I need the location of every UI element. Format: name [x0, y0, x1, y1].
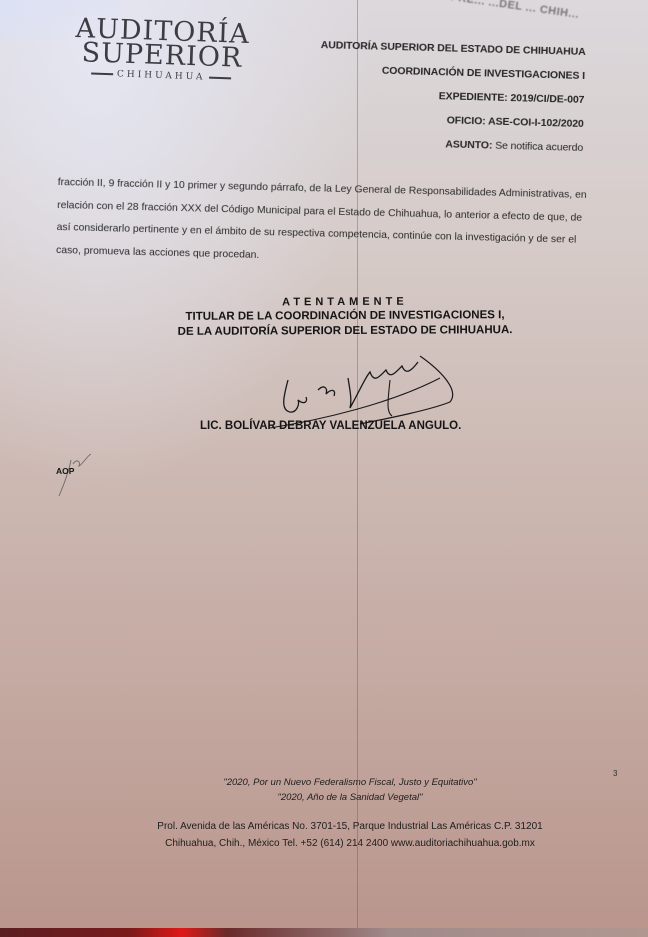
letter-footer: "2020, Por un Nuevo Federalismo Fiscal, …	[155, 775, 545, 852]
photo-bottom-edge	[0, 928, 648, 937]
letter-header: AUDITORÍA SUPERIOR DEL ESTADO DE CHIHUAH…	[318, 33, 586, 160]
signer-title-line-2: DE LA AUDITORÍA SUPERIOR DEL ESTADO DE C…	[160, 323, 530, 340]
footer-motto-2: "2020, Año de la Sanidad Vegetal"	[155, 790, 545, 805]
handwritten-signature	[270, 350, 480, 430]
typist-initials: AOP	[56, 466, 74, 476]
letter-closing: ATENTAMENTE TITULAR DE LA COORDINACIÓN D…	[160, 295, 530, 340]
signer-name: LIC. BOLÍVAR DEBRAY VALENZUELA ANGULO.	[200, 420, 461, 432]
letter-body: fracción II, 9 fracción II y 10 primer y…	[56, 172, 603, 275]
expediente-label: EXPEDIENTE:	[439, 90, 508, 104]
asunto-label: ASUNTO:	[445, 138, 492, 151]
footer-address-1: Prol. Avenida de las Américas No. 3701-1…	[155, 818, 545, 835]
asunto-value: Se notifica acuerdo	[495, 140, 583, 154]
oficio-label: OFICIO:	[447, 114, 486, 127]
bleed-through-text: PRE... ...DEL ... CHIH...	[450, 0, 580, 21]
expediente-value: 2019/CI/DE-007	[510, 92, 584, 106]
footer-address-2: Chihuahua, Chih., México Tel. +52 (614) …	[155, 835, 545, 852]
footer-motto-1: "2020, Por un Nuevo Federalismo Fiscal, …	[155, 775, 545, 790]
logo-line-2: SUPERIOR	[74, 41, 249, 71]
oficio-value: ASE-COI-I-102/2020	[488, 115, 584, 130]
page-number: 3	[613, 769, 617, 778]
institution-logo: AUDITORÍA SUPERIOR CHIHUAHUA	[74, 17, 250, 84]
document-page: PRE... ...DEL ... CHIH... AUDITORÍA SUPE…	[0, 0, 648, 937]
